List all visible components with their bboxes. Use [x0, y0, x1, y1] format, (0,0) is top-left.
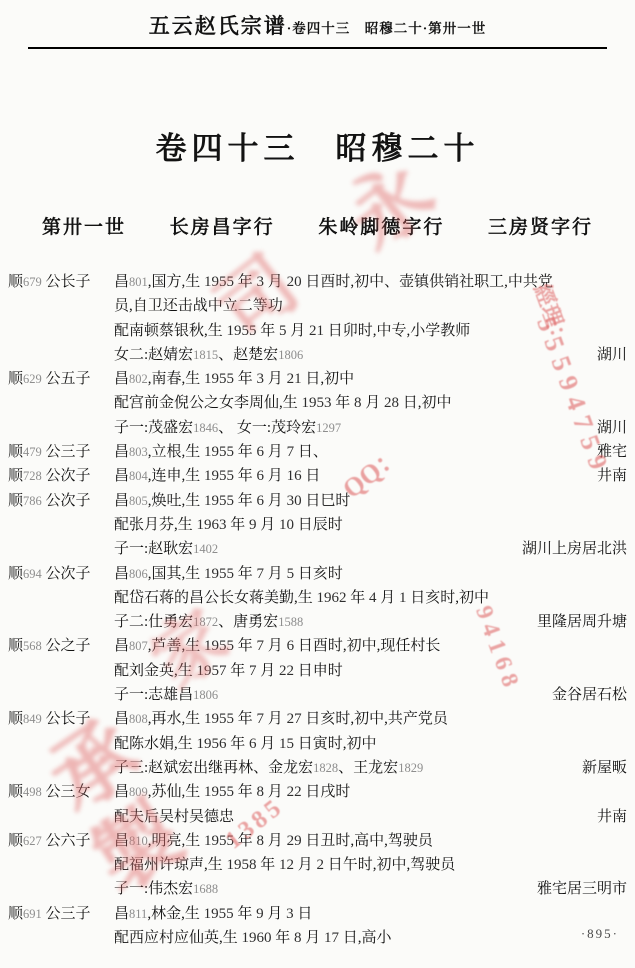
entry-sequence-label: 顺728 公次子: [8, 464, 114, 488]
residence-place: 雅宅: [585, 440, 627, 464]
entry-text: 子一:志雄昌1806: [114, 683, 218, 707]
entry-text: 配张月芬,生 1963 年 9 月 10 日辰时: [114, 513, 343, 537]
volume-info: ·卷四十三 昭穆二十·第卅一世: [287, 21, 487, 36]
residence-place: 井南: [585, 464, 627, 488]
entry-line: 配西应村应仙英,生 1960 年 8 月 17 日,高小: [114, 926, 627, 950]
entry-line: 昌807,芦善,生 1955 年 7 月 6 日酉时,初中,现任村长: [114, 634, 627, 658]
residence-place: 湖川: [585, 416, 627, 440]
header-rule: [28, 47, 607, 49]
entry-line: 昌809,苏仙,生 1955 年 8 月 22 日戌时: [114, 780, 627, 804]
entry-text: 配西应村应仙英,生 1960 年 8 月 17 日,高小: [114, 926, 392, 950]
entry-text: 昌801,国方,生 1955 年 3 月 20 日酉时,初中、壶镇供销社职工,中…: [114, 270, 553, 294]
entry-line: 昌811,林金,生 1955 年 9 月 3 日: [114, 902, 627, 926]
entry-content: 昌804,连申,生 1955 年 6 月 16 日井南: [114, 464, 627, 488]
entry-line: 配张月芬,生 1963 年 9 月 10 日辰时: [114, 513, 627, 537]
entry-text: 配福州许琼声,生 1958 年 12 月 2 日午时,初中,驾驶员: [114, 853, 455, 877]
entry-content: 昌805,焕吐,生 1955 年 6 月 30 日巳时配张月芬,生 1963 年…: [114, 489, 627, 562]
entry-line: 子一:志雄昌1806金谷居石松: [114, 683, 627, 707]
genealogy-entry: 顺627 公六子昌810,明亮,生 1955 年 8 月 29 日丑时,高中,驾…: [8, 829, 627, 902]
entry-text: 昌809,苏仙,生 1955 年 8 月 22 日戌时: [114, 780, 350, 804]
genealogy-entry: 顺694 公次子昌806,国其,生 1955 年 7 月 5 日亥时配岱石蒋的昌…: [8, 562, 627, 635]
genealogy-entry: 顺568 公之子昌807,芦善,生 1955 年 7 月 6 日酉时,初中,现任…: [8, 634, 627, 707]
entry-content: 昌807,芦善,生 1955 年 7 月 6 日酉时,初中,现任村长配刘金英,生…: [114, 634, 627, 707]
entry-line: 昌806,国其,生 1955 年 7 月 5 日亥时: [114, 562, 627, 586]
entry-line: 配南顿蔡银秋,生 1955 年 5 月 21 日卯时,中专,小学教师: [114, 319, 627, 343]
entry-sequence-label: 顺786 公次子: [8, 489, 114, 562]
entry-line: 昌801,国方,生 1955 年 3 月 20 日酉时,初中、壶镇供销社职工,中…: [114, 270, 627, 294]
entry-content: 昌806,国其,生 1955 年 7 月 5 日亥时配岱石蒋的昌公长女蒋美勤,生…: [114, 562, 627, 635]
entry-text: 子三:赵斌宏出继再林、金龙宏1828、王龙宏1829: [114, 756, 423, 780]
entry-sequence-label: 顺627 公六子: [8, 829, 114, 902]
entry-line: 女二:赵婧宏1815、赵楚宏1806湖川: [114, 343, 627, 367]
genealogy-entry: 顺786 公次子昌805,焕吐,生 1955 年 6 月 30 日巳时配张月芬,…: [8, 489, 627, 562]
entry-line: 配福州许琼声,生 1958 年 12 月 2 日午时,初中,驾驶员: [114, 853, 627, 877]
entry-line: 子一:赵耿宏1402湖川上房居北洪: [114, 537, 627, 561]
entry-line: 子一:茂盛宏1846、 女一:茂玲宏1297湖川: [114, 416, 627, 440]
page-header: 五云赵氏宗谱·卷四十三 昭穆二十·第卅一世: [0, 0, 635, 40]
entry-line: 昌803,立根,生 1955 年 6 月 7 日、雅宅: [114, 440, 627, 464]
entry-sequence-label: 顺498 公三女: [8, 780, 114, 829]
entry-sequence-label: 顺568 公之子: [8, 634, 114, 707]
entry-line: 昌808,再水,生 1955 年 7 月 27 日亥时,初中,共产党员: [114, 707, 627, 731]
entry-text: 子一:赵耿宏1402: [114, 537, 218, 561]
entry-line: 子三:赵斌宏出继再林、金龙宏1828、王龙宏1829新屋畈: [114, 756, 627, 780]
entry-content: 昌802,南春,生 1955 年 3 月 21 日,初中配宫前金倪公之女李周仙,…: [114, 367, 627, 440]
entry-text: 昌805,焕吐,生 1955 年 6 月 30 日巳时: [114, 489, 350, 513]
genealogy-entry: 顺479 公三子昌803,立根,生 1955 年 6 月 7 日、雅宅: [8, 440, 627, 464]
entry-sequence-label: 顺479 公三子: [8, 440, 114, 464]
residence-place: 湖川: [585, 343, 627, 367]
entry-text: 女二:赵婧宏1815、赵楚宏1806: [114, 343, 303, 367]
entry-text: 昌811,林金,生 1955 年 9 月 3 日: [114, 902, 312, 926]
entry-content: 昌801,国方,生 1955 年 3 月 20 日酉时,初中、壶镇供销社职工,中…: [114, 270, 627, 367]
entry-sequence-label: 顺679 公长子: [8, 270, 114, 367]
entry-line: 配宫前金倪公之女李周仙,生 1953 年 8 月 28 日,初中: [114, 391, 627, 415]
entry-line: 子一:伟杰宏1688雅宅居三明市: [114, 877, 627, 901]
entry-sequence-label: 顺691 公三子: [8, 902, 114, 951]
entry-text: 配陈水娟,生 1956 年 6 月 15 日寅时,初中: [114, 732, 377, 756]
entry-text: 昌804,连申,生 1955 年 6 月 16 日: [114, 464, 320, 488]
entry-text: 昌807,芦善,生 1955 年 7 月 6 日酉时,初中,现任村长: [114, 634, 440, 658]
entry-content: 昌809,苏仙,生 1955 年 8 月 22 日戌时配夫后吴村吴德忠井南: [114, 780, 627, 829]
residence-place: 新屋畈: [570, 756, 627, 780]
entry-line: 员,自卫还击战中立二等功: [114, 294, 627, 318]
entry-text: 昌808,再水,生 1955 年 7 月 27 日亥时,初中,共产党员: [114, 707, 448, 731]
entry-text: 昌810,明亮,生 1955 年 8 月 29 日丑时,高中,驾驶员: [114, 829, 433, 853]
genealogy-entry: 顺849 公长子昌808,再水,生 1955 年 7 月 27 日亥时,初中,共…: [8, 707, 627, 780]
entry-list: 顺679 公长子昌801,国方,生 1955 年 3 月 20 日酉时,初中、壶…: [0, 270, 635, 950]
entry-sequence-label: 顺629 公五子: [8, 367, 114, 440]
residence-place: 湖川上房居北洪: [510, 537, 627, 561]
genealogy-page: 五云赵氏宗谱·卷四十三 昭穆二十·第卅一世 卷四十三 昭穆二十 第卅一世 长房昌…: [0, 0, 635, 968]
entry-text: 配南顿蔡银秋,生 1955 年 5 月 21 日卯时,中专,小学教师: [114, 319, 470, 343]
entry-text: 配岱石蒋的昌公长女蒋美勤,生 1962 年 4 月 1 日亥时,初中: [114, 586, 489, 610]
entry-line: 昌802,南春,生 1955 年 3 月 21 日,初中: [114, 367, 627, 391]
entry-text: 昌806,国其,生 1955 年 7 月 5 日亥时: [114, 562, 343, 586]
entry-text: 子一:茂盛宏1846、 女一:茂玲宏1297: [114, 416, 341, 440]
entry-content: 昌808,再水,生 1955 年 7 月 27 日亥时,初中,共产党员配陈水娟,…: [114, 707, 627, 780]
genealogy-entry: 顺679 公长子昌801,国方,生 1955 年 3 月 20 日酉时,初中、壶…: [8, 270, 627, 367]
entry-text: 子二:仕勇宏1872、唐勇宏1588: [114, 610, 303, 634]
residence-place: 金谷居石松: [540, 683, 627, 707]
branch-label-2: 朱岭脚德字行: [318, 212, 444, 239]
page-number: ·895·: [581, 926, 619, 942]
generation-label: 第卅一世: [42, 212, 126, 239]
residence-place: 里隆居周升塘: [525, 610, 627, 634]
entry-content: 昌811,林金,生 1955 年 9 月 3 日配西应村应仙英,生 1960 年…: [114, 902, 627, 951]
entry-line: 子二:仕勇宏1872、唐勇宏1588里隆居周升塘: [114, 610, 627, 634]
entry-line: 昌805,焕吐,生 1955 年 6 月 30 日巳时: [114, 489, 627, 513]
entry-sequence-label: 顺694 公次子: [8, 562, 114, 635]
branch-label-3: 三房贤字行: [488, 212, 593, 239]
residence-place: 雅宅居三明市: [525, 877, 627, 901]
branch-label-1: 长房昌字行: [170, 212, 275, 239]
entry-text: 配刘金英,生 1957 年 7 月 22 日申时: [114, 659, 343, 683]
entry-line: 配夫后吴村吴德忠井南: [114, 805, 627, 829]
entry-line: 配岱石蒋的昌公长女蒋美勤,生 1962 年 4 月 1 日亥时,初中: [114, 586, 627, 610]
entry-text: 配宫前金倪公之女李周仙,生 1953 年 8 月 28 日,初中: [114, 391, 452, 415]
family-genealogy-title: 五云赵氏宗谱: [149, 14, 287, 38]
entry-sequence-label: 顺849 公长子: [8, 707, 114, 780]
entry-content: 昌810,明亮,生 1955 年 8 月 29 日丑时,高中,驾驶员配福州许琼声…: [114, 829, 627, 902]
genealogy-entry: 顺691 公三子昌811,林金,生 1955 年 9 月 3 日配西应村应仙英,…: [8, 902, 627, 951]
residence-place: 井南: [585, 805, 627, 829]
entry-line: 昌810,明亮,生 1955 年 8 月 29 日丑时,高中,驾驶员: [114, 829, 627, 853]
genealogy-entry: 顺498 公三女昌809,苏仙,生 1955 年 8 月 22 日戌时配夫后吴村…: [8, 780, 627, 829]
entry-text: 员,自卫还击战中立二等功: [114, 294, 283, 318]
entry-line: 配刘金英,生 1957 年 7 月 22 日申时: [114, 659, 627, 683]
entry-line: 昌804,连申,生 1955 年 6 月 16 日井南: [114, 464, 627, 488]
genealogy-entry: 顺728 公次子昌804,连申,生 1955 年 6 月 16 日井南: [8, 464, 627, 488]
generation-heading: 第卅一世 长房昌字行 朱岭脚德字行 三房贤字行: [0, 212, 635, 239]
entry-text: 配夫后吴村吴德忠: [114, 805, 234, 829]
entry-text: 子一:伟杰宏1688: [114, 877, 218, 901]
entry-text: 昌803,立根,生 1955 年 6 月 7 日、: [114, 440, 328, 464]
entry-line: 配陈水娟,生 1956 年 6 月 15 日寅时,初中: [114, 732, 627, 756]
entry-text: 昌802,南春,生 1955 年 3 月 21 日,初中: [114, 367, 354, 391]
volume-title: 卷四十三 昭穆二十: [0, 123, 635, 168]
genealogy-entry: 顺629 公五子昌802,南春,生 1955 年 3 月 21 日,初中配宫前金…: [8, 367, 627, 440]
entry-content: 昌803,立根,生 1955 年 6 月 7 日、雅宅: [114, 440, 627, 464]
